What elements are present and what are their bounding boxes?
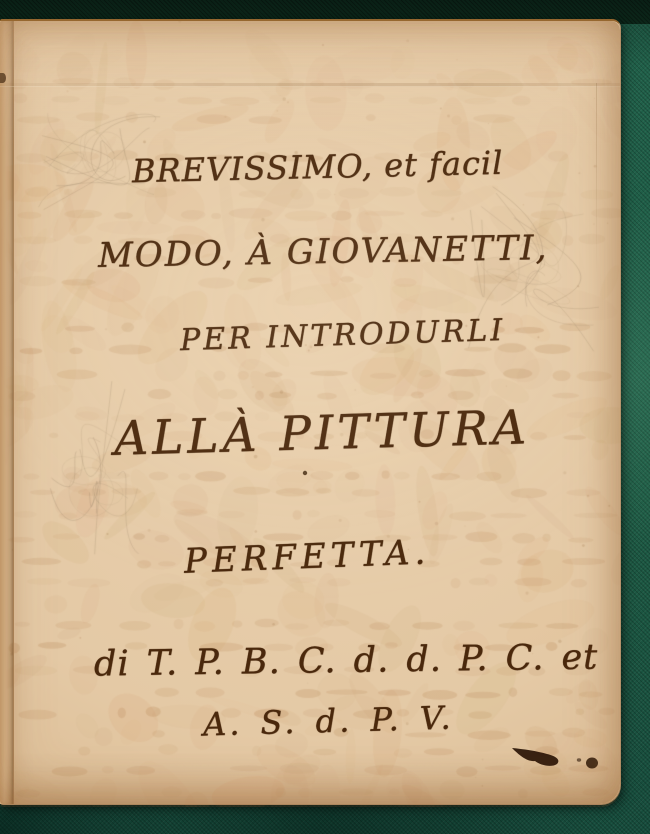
manuscript-photo: BREVISSIMO, et facil MODO, À GIOVANETTI,… <box>0 0 650 834</box>
title-line-4: ALLÀ PITTURA <box>113 400 530 467</box>
author-initials-line-2: A. S. d. P. V. <box>203 699 454 744</box>
manuscript-page: BREVISSIMO, et facil MODO, À GIOVANETTI,… <box>0 19 621 805</box>
gutter-edge <box>0 21 14 804</box>
gutter-dark-spot <box>0 73 6 83</box>
title-line-2: MODO, À GIOVANETTI, <box>98 228 549 276</box>
author-initials-line: di T. P. B. C. d. d. P. C. et <box>94 637 599 684</box>
horizontal-crease <box>0 83 620 87</box>
vertical-crease <box>596 83 597 273</box>
